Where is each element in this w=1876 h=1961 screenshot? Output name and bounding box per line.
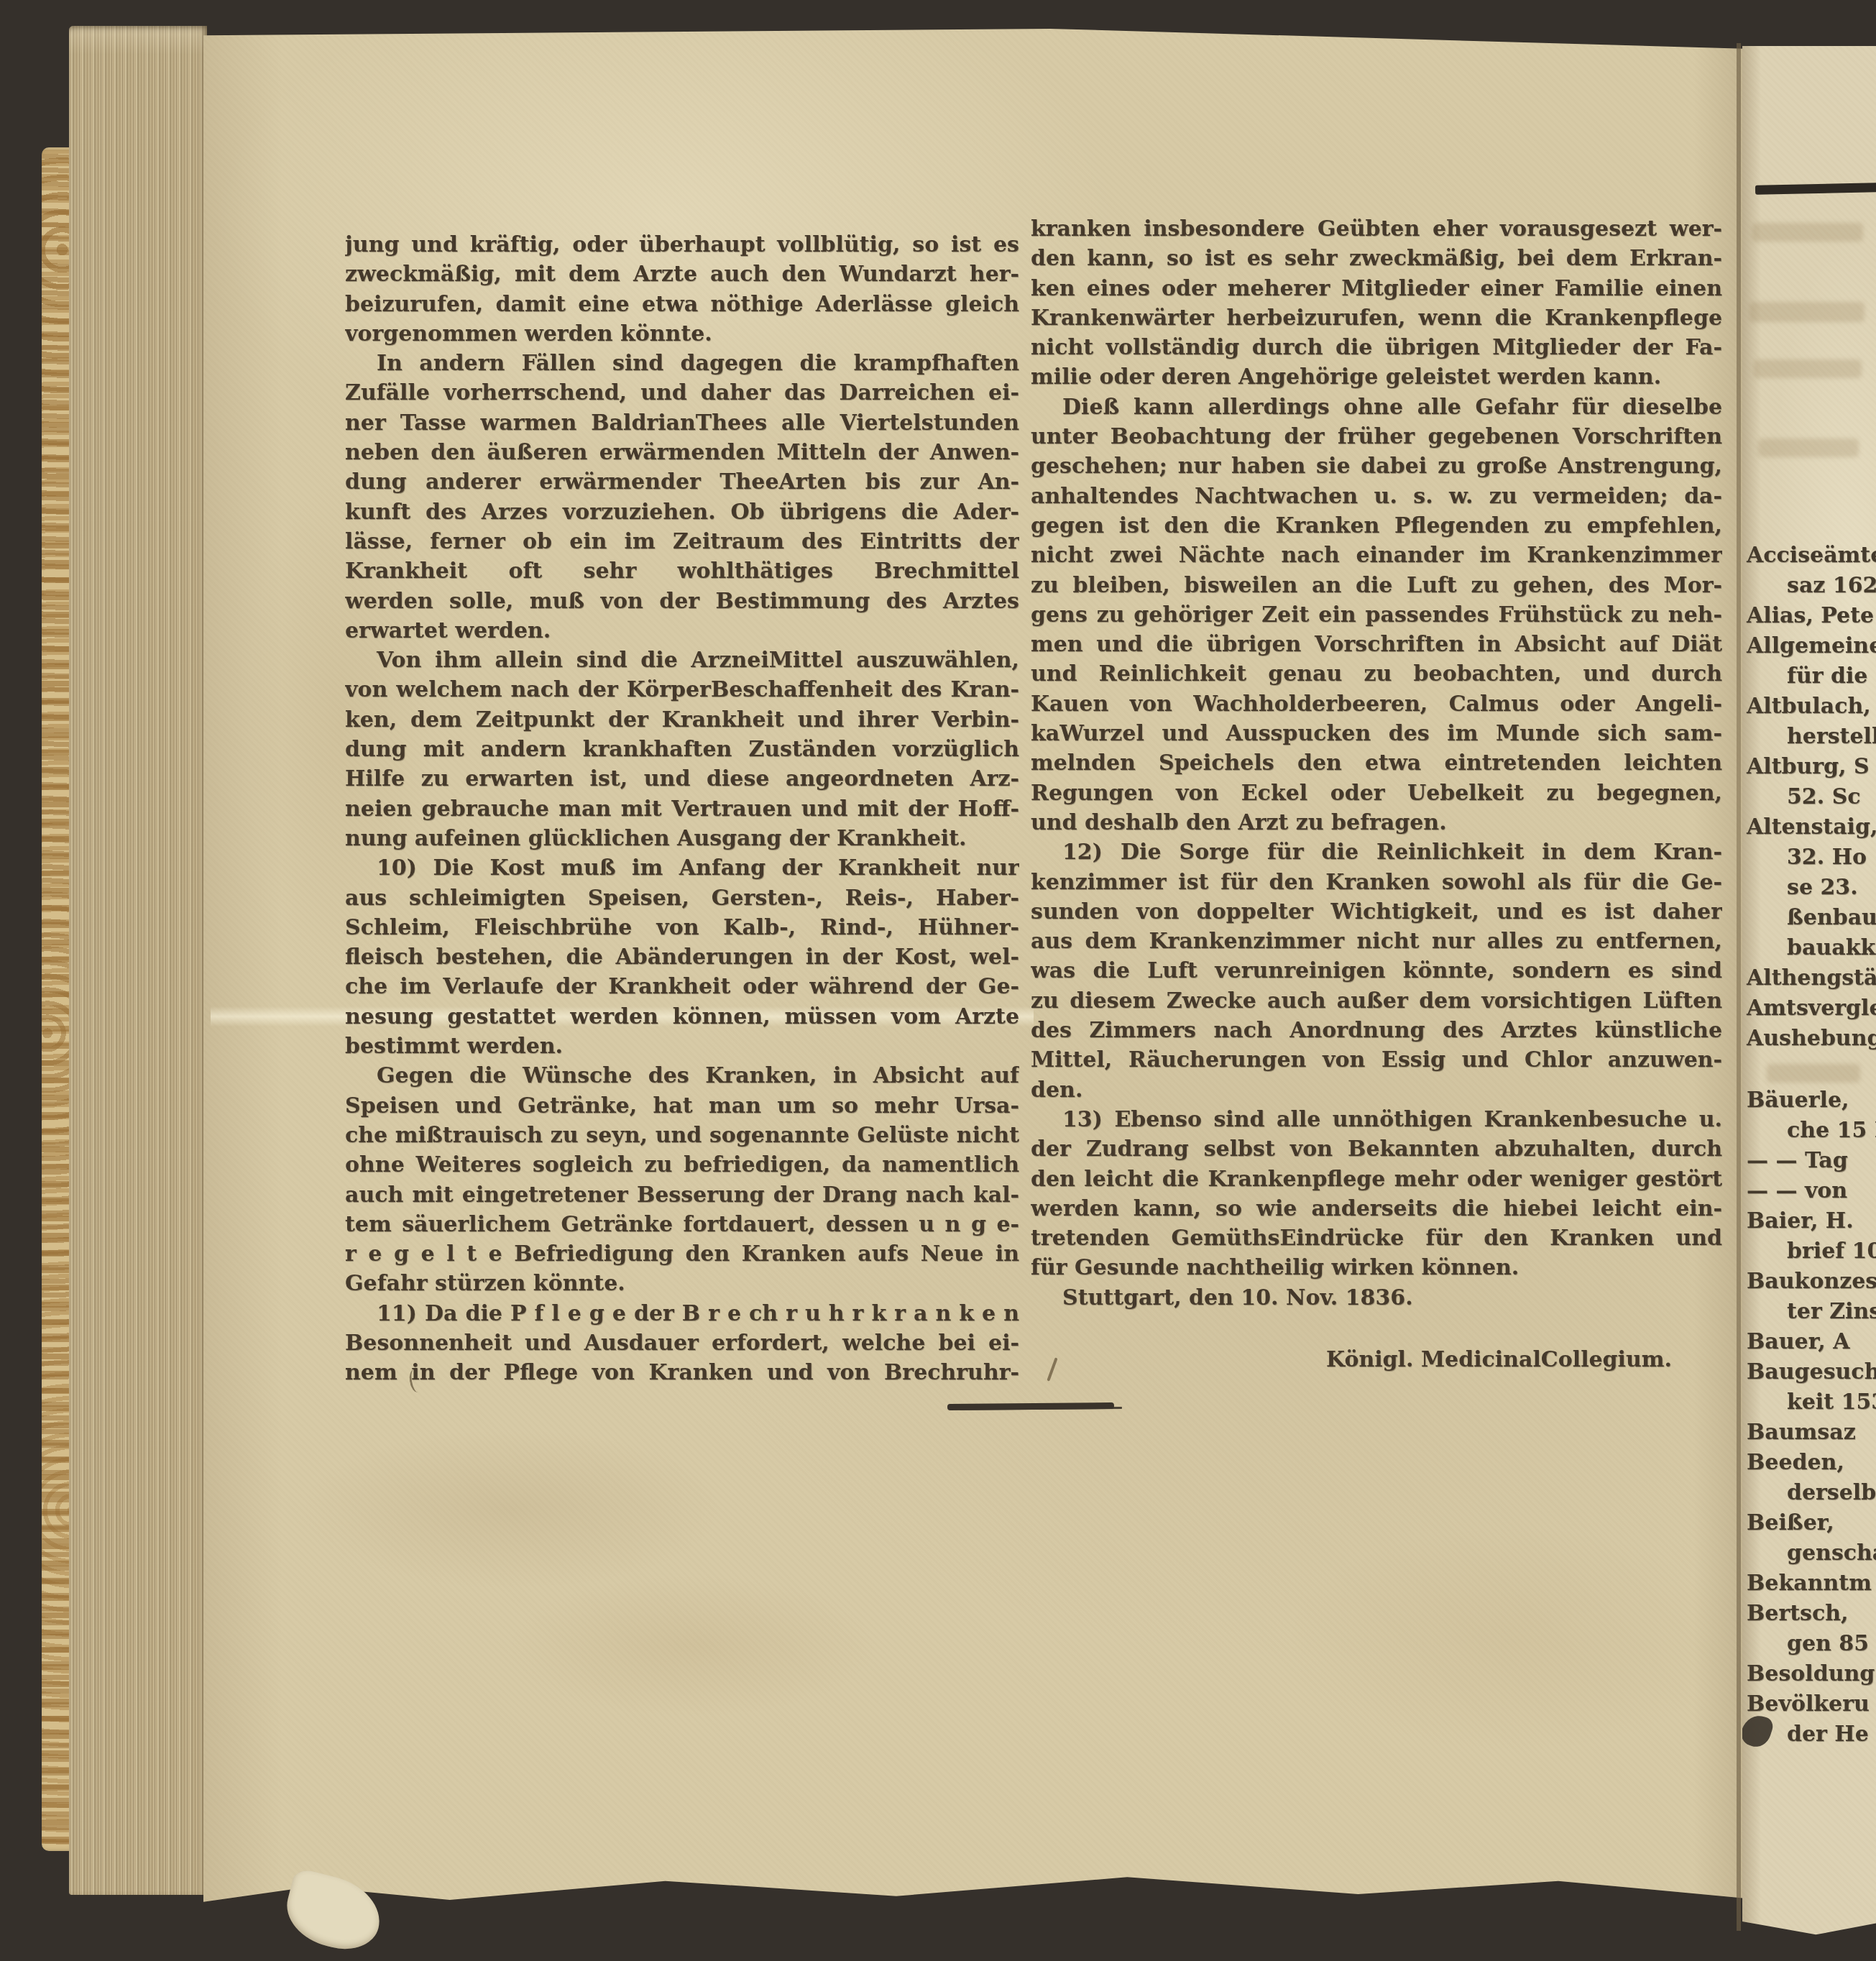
page-text-line: geschehen; nur haben sie dabei zu große … [1031, 451, 1722, 481]
page-text-line: neien gebrauche man mit Vertrauen und mi… [345, 794, 1019, 824]
page-text-line: che im Verlaufe der Krankheit oder währe… [345, 972, 1019, 1001]
index-line: keit 153 [1747, 1387, 1876, 1418]
page-text-line: Krankenwärter herbeizurufen, wenn die Kr… [1031, 303, 1722, 333]
page-text-line: che mißtrauisch zu seyn, und sogenannte … [345, 1121, 1019, 1150]
index-line: Bäuerle, [1747, 1085, 1876, 1116]
ghost-text-line [1754, 359, 1862, 378]
index-line: Aushebung [1747, 1024, 1876, 1054]
page-text-line: r e g e l t e Befriedigung den Kranken a… [345, 1239, 1019, 1269]
index-line: 32. Ho [1747, 842, 1876, 873]
index-line: Baukonzess [1747, 1267, 1876, 1297]
page-text-line: 11) Da die P f l e g e der B r e ch r u … [345, 1299, 1019, 1328]
page-text-line: aus dem Krankenzimmer nicht nur alles zu… [1031, 927, 1722, 956]
paper-stain [505, 1574, 879, 1718]
page-text-line: den leicht die Krankenpflege mehr oder w… [1031, 1165, 1722, 1194]
index-line: Bertsch, [1747, 1599, 1876, 1629]
page-text-line: was die Luft verunreinigen könnte, sonde… [1031, 956, 1722, 986]
page-text-line: zu bleiben, bisweilen an die Luft zu geh… [1031, 571, 1722, 600]
page-text-line: nem in der Pflege von Kranken und von Br… [345, 1358, 1019, 1387]
page-text-line: ken, dem Zeitpunkt der Krankheit und ihr… [345, 705, 1019, 735]
page-text-line: anhaltendes Nachtwachen u. s. w. zu verm… [1031, 482, 1722, 511]
page-text-line: Hilfe zu erwarten ist, und diese angeord… [345, 764, 1019, 794]
index-line: Altbulach, [1747, 692, 1876, 722]
page-text-line: sunden von doppelter Wichtigkeit, und es… [1031, 897, 1722, 927]
page-text-line: tretenden GemüthsEindrücke für den Krank… [1031, 1223, 1722, 1253]
page-text-line: kenzimmer ist für den Kranken sowohl als… [1031, 868, 1722, 897]
index-line: 52. Sc [1747, 782, 1876, 812]
text-column-right: kranken insbesondere Geübten eher voraus… [1031, 214, 1722, 1374]
index-line: ßenbaua [1747, 903, 1876, 933]
page-text-line: Gegen die Wünsche des Kranken, in Absich… [345, 1061, 1019, 1090]
index-line: derselbe [1747, 1478, 1876, 1508]
page-text-line: beizurufen, damit eine etwa nöthige Ader… [345, 290, 1019, 319]
page-text-line: unter Beobachtung der früher gegebenen V… [1031, 422, 1722, 451]
index-line: Allgemeine [1747, 631, 1876, 661]
page-text-line: zu diesem Zwecke auch außer dem vorsicht… [1031, 986, 1722, 1016]
page-text-line: für Gesunde nachtheilig wirken können. [1031, 1253, 1722, 1282]
index-line: Beißer, [1747, 1508, 1876, 1538]
ghost-text-line [1752, 223, 1863, 242]
page-text-line: fleisch bestehen, die Abänderungen in de… [345, 942, 1019, 972]
page-text-line: gens zu gehöriger Zeit ein passendes Frü… [1031, 600, 1722, 630]
paper-stain [1282, 1524, 1742, 1754]
index-line: Bevölkeru [1747, 1689, 1876, 1719]
section-end-rule [947, 1402, 1114, 1410]
page-text-line: von welchem nach der KörperBeschaffenhei… [345, 675, 1019, 704]
page-text-line: lässe, ferner ob ein im Zeitraum des Ein… [345, 527, 1019, 556]
page-text-line: Besonnenheit und Ausdauer erfordert, wel… [345, 1328, 1019, 1358]
index-line: Althengstä [1747, 963, 1876, 993]
index-line: Bauer, A [1747, 1327, 1876, 1357]
page-text-line: In andern Fällen sind dagegen die krampf… [345, 349, 1019, 378]
index-line: Altenstaig, [1747, 812, 1876, 842]
page-text-line: Speisen und Getränke, hat man um so mehr… [345, 1091, 1019, 1121]
page-text-line: 10) Die Kost muß im Anfang der Krankheit… [345, 853, 1019, 883]
page-text-line: dung mit andern krankhaften Zuständen vo… [345, 735, 1019, 764]
page-text-line: Königl. MedicinalCollegium. [1031, 1345, 1722, 1374]
page-text-line: Dieß kann allerdings ohne alle Gefahr fü… [1031, 392, 1722, 422]
page-text-line: ken eines oder meherer Mitglieder einer … [1031, 274, 1722, 303]
page-text-line: melnden Speichels den etwa eintretenden … [1031, 748, 1722, 778]
page-text-line: gegen ist den die Kranken Pflegenden zu … [1031, 511, 1722, 541]
page-text-line: erwartet werden. [345, 616, 1019, 646]
index-line: Bekanntm [1747, 1569, 1876, 1599]
page-text-line: den. [1031, 1075, 1722, 1105]
page-text-line: vorgenommen werden könnte. [345, 319, 1019, 349]
page-text-line: werden kann, so wie anderseits die hiebe… [1031, 1194, 1722, 1223]
page-text-line: tem säuerlichem Getränke fortdauert, des… [345, 1210, 1019, 1239]
index-column-top-rule [1755, 183, 1876, 195]
newspaper-page: jung und kräftig, oder überhaupt vollblü… [203, 29, 1743, 1926]
index-line: Baumsaz [1747, 1418, 1876, 1448]
page-text-line: Mittel, Räucherungen von Essig und Chlor… [1031, 1045, 1722, 1075]
page-text-line: Stuttgart, den 10. Nov. 1836. [1031, 1283, 1722, 1313]
page-text-line: aus schleimigten Speisen, Gersten-, Reis… [345, 883, 1019, 913]
page-text-line: Schleim, Fleischbrühe von Kalb-, Rind-, … [345, 913, 1019, 942]
page-text-line: neben den äußeren erwärmenden Mitteln de… [345, 438, 1019, 467]
page-text-line: der Zudrang selbst von Bekannten abzuhal… [1031, 1134, 1722, 1164]
page-text-line: werden solle, muß von der Bestimmung des… [345, 587, 1019, 616]
index-line: Acciseämter [1747, 541, 1876, 571]
page-text-line: 12) Die Sorge für die Reinlichkeit in de… [1031, 837, 1722, 867]
index-line: — — von [1747, 1176, 1876, 1206]
page-text-line: Zufälle vorherrschend, und daher das Dar… [345, 378, 1019, 408]
index-column: Acciseämtersaz 162.Alias, PeteAllgemeine… [1747, 541, 1876, 1750]
page-text-line: und Reinlichkeit genau zu beobachten, un… [1031, 659, 1722, 689]
page-text-line: bestimmt werden. [345, 1032, 1019, 1061]
page-stack-fore-edge [69, 26, 207, 1895]
index-line: gen 85 [1747, 1629, 1876, 1659]
index-line: bauakkor [1747, 933, 1876, 963]
index-line: saz 162. [1747, 571, 1876, 601]
index-line: Baugesuch [1747, 1357, 1876, 1387]
index-line: für die G [1747, 661, 1876, 692]
page-text-line: Regungen von Eckel oder Uebelkeit zu beg… [1031, 779, 1722, 808]
page-text-line: men und die übrigen Vorschriften in Absi… [1031, 630, 1722, 659]
index-line: — — Tag [1747, 1146, 1876, 1176]
page-text-line: auch mit eingetretener Besserung der Dra… [345, 1180, 1019, 1210]
page-text-line: 13) Ebenso sind alle unnöthigen Krankenb… [1031, 1105, 1722, 1134]
page-fold-seam [1737, 43, 1741, 1931]
index-line: Altburg, S [1747, 752, 1876, 782]
page-text-line: nesung gestattet werden können, müssen v… [345, 1002, 1019, 1032]
index-line: che 15 E [1747, 1116, 1876, 1146]
page-text-line: Kauen von Wachholderbeeren, Calmus oder … [1031, 689, 1722, 719]
page-text-line: nicht vollständig durch die übrigen Mitg… [1031, 333, 1722, 362]
ghost-text-line [1749, 302, 1864, 322]
page-text-line: des Zimmers nach Anordnung des Arztes kü… [1031, 1016, 1722, 1045]
page-text-line: dung anderer erwärmender TheeArten bis z… [345, 467, 1019, 497]
index-line: brief 10 [1747, 1236, 1876, 1267]
index-line: Alias, Pete [1747, 601, 1876, 631]
page-text-line: ohne Weiteres sogleich zu befriedigen, d… [345, 1150, 1019, 1180]
page-text-line: Von ihm allein sind die ArzneiMittel aus… [345, 646, 1019, 675]
page-text-line: Gefahr stürzen könnte. [345, 1269, 1019, 1298]
page-text-line: Krankheit oft sehr wohlthätiges Brechmit… [345, 556, 1019, 586]
text-column-left: jung und kräftig, oder überhaupt vollblü… [345, 230, 1019, 1388]
page-text-line: ner Tasse warmen BaldrianThees alle Vier… [345, 408, 1019, 438]
page-text-line: kunft des Arzes vorzuziehen. Ob übrigens… [345, 497, 1019, 527]
index-line: Amtsvergle [1747, 993, 1876, 1024]
index-line: se 23. [1747, 873, 1876, 903]
index-line: Baier, H. [1747, 1206, 1876, 1236]
page-text-line: nicht zwei Nächte nach einander im Krank… [1031, 541, 1722, 570]
page-text-line: kranken insbesondere Geübten eher voraus… [1031, 214, 1722, 244]
page-text-line: den kann, so ist es sehr zweckmäßig, bei… [1031, 244, 1722, 273]
book-photo: jung und kräftig, oder überhaupt vollblü… [0, 0, 1876, 1961]
page-text-line: milie oder deren Angehörige geleistet we… [1031, 362, 1722, 392]
ghost-text-line [1758, 438, 1859, 457]
page-text-line: nung aufeinen glücklichen Ausgang der Kr… [345, 824, 1019, 853]
adjacent-page-strip: Acciseämtersaz 162.Alias, PeteAllgemeine… [1742, 46, 1876, 1937]
index-line: Beeden, [1747, 1448, 1876, 1478]
page-text-line: und deshalb den Arzt zu befragen. [1031, 808, 1722, 837]
page-text-line: zweckmäßig, mit dem Arzte auch den Wunda… [345, 260, 1019, 289]
index-line: ter Zins [1747, 1297, 1876, 1327]
index-line: herstellun [1747, 722, 1876, 752]
page-text-line: jung und kräftig, oder überhaupt vollblü… [345, 230, 1019, 260]
index-line: Besoldung [1747, 1659, 1876, 1689]
page-text-line: kaWurzel und Ausspucken des im Munde sic… [1031, 719, 1722, 748]
index-line: genscha [1747, 1538, 1876, 1569]
